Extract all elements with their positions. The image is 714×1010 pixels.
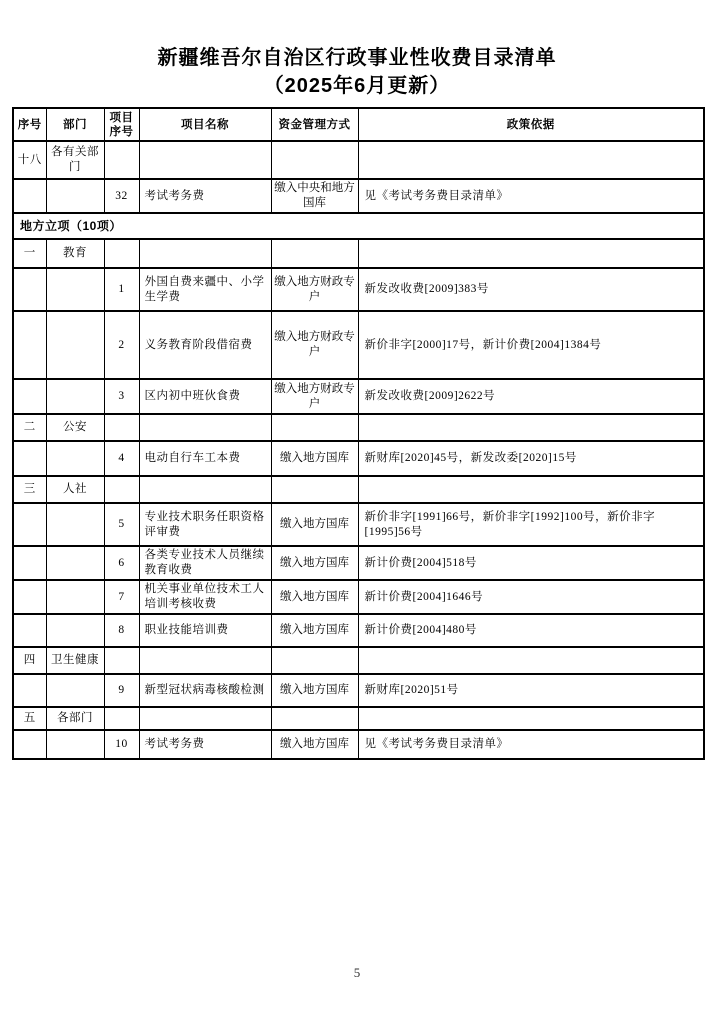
fee-directory-table: 序号 部门 项目序号 项目名称 资金管理方式 政策依据 十八各有关部门32考试考…	[12, 107, 705, 760]
col-header-dept: 部门	[46, 108, 104, 141]
cell-dept	[46, 268, 104, 311]
cell-policy: 新发改收费[2009]2622号	[358, 379, 704, 414]
cell-seq	[13, 179, 46, 213]
cell-dept	[46, 311, 104, 379]
col-header-policy: 政策依据	[358, 108, 704, 141]
cell-policy: 见《考试考务费目录清单》	[358, 179, 704, 213]
col-header-fund: 资金管理方式	[271, 108, 358, 141]
cell-policy: 新价非字[1991]66号，新价非字[1992]100号，新价非字[1995]5…	[358, 503, 704, 546]
cell-fund: 缴入地方国库	[271, 674, 358, 707]
cell-name: 区内初中班伙食费	[139, 379, 271, 414]
cell-num: 10	[104, 730, 139, 759]
cell-num: 32	[104, 179, 139, 213]
cell-name: 考试考务费	[139, 730, 271, 759]
cell-dept	[46, 674, 104, 707]
table-row: 7机关事业单位技术工人培训考核收费缴入地方国库新计价费[2004]1646号	[13, 580, 704, 614]
cell-num: 2	[104, 311, 139, 379]
cell-fund: 缴入中央和地方国库	[271, 179, 358, 213]
document-title: 新疆维吾尔自治区行政事业性收费目录清单 （2025年6月更新）	[0, 44, 714, 100]
cell-num: 7	[104, 580, 139, 614]
cell-policy: 新计价费[2004]518号	[358, 546, 704, 580]
table-row: 五各部门	[13, 707, 704, 730]
cell-name: 专业技术职务任职资格评审费	[139, 503, 271, 546]
cell-seq	[13, 546, 46, 580]
cell-dept	[46, 546, 104, 580]
table-row: 一教育	[13, 239, 704, 268]
cell-dept: 各部门	[46, 707, 104, 730]
cell-num: 4	[104, 441, 139, 476]
cell-num	[104, 239, 139, 268]
cell-num: 9	[104, 674, 139, 707]
cell-name	[139, 647, 271, 674]
cell-dept	[46, 580, 104, 614]
table-row: 二公安	[13, 414, 704, 441]
page-number: 5	[0, 965, 714, 981]
cell-seq: 十八	[13, 141, 46, 179]
cell-seq	[13, 614, 46, 647]
cell-policy: 新财库[2020]45号，新发改委[2020]15号	[358, 441, 704, 476]
cell-fund: 缴入地方国库	[271, 546, 358, 580]
table-row: 4电动自行车工本费缴入地方国库新财库[2020]45号，新发改委[2020]15…	[13, 441, 704, 476]
cell-fund	[271, 239, 358, 268]
cell-num	[104, 707, 139, 730]
table-row: 32考试考务费缴入中央和地方国库见《考试考务费目录清单》	[13, 179, 704, 213]
cell-name: 各类专业技术人员继续教育收费	[139, 546, 271, 580]
table-row: 十八各有关部门	[13, 141, 704, 179]
cell-num	[104, 476, 139, 503]
cell-seq	[13, 311, 46, 379]
cell-name	[139, 239, 271, 268]
table-row: 2义务教育阶段借宿费缴入地方财政专户新价非字[2000]17号，新计价费[200…	[13, 311, 704, 379]
table-row: 四卫生健康	[13, 647, 704, 674]
table-row: 1外国自费来疆中、小学生学费缴入地方财政专户新发改收费[2009]383号	[13, 268, 704, 311]
cell-seq: 四	[13, 647, 46, 674]
table-row: 9新型冠状病毒核酸检测缴入地方国库新财库[2020]51号	[13, 674, 704, 707]
cell-name: 机关事业单位技术工人培训考核收费	[139, 580, 271, 614]
cell-num: 5	[104, 503, 139, 546]
cell-seq: 五	[13, 707, 46, 730]
cell-policy	[358, 141, 704, 179]
cell-policy: 见《考试考务费目录清单》	[358, 730, 704, 759]
cell-fund: 缴入地方财政专户	[271, 268, 358, 311]
section-row: 地方立项（10项）	[13, 213, 704, 239]
cell-dept: 各有关部门	[46, 141, 104, 179]
cell-seq	[13, 268, 46, 311]
cell-policy	[358, 647, 704, 674]
cell-fund	[271, 141, 358, 179]
cell-policy	[358, 707, 704, 730]
cell-name: 外国自费来疆中、小学生学费	[139, 268, 271, 311]
cell-num: 1	[104, 268, 139, 311]
cell-seq: 二	[13, 414, 46, 441]
cell-dept: 教育	[46, 239, 104, 268]
cell-name: 电动自行车工本费	[139, 441, 271, 476]
cell-policy: 新价非字[2000]17号，新计价费[2004]1384号	[358, 311, 704, 379]
cell-seq: 三	[13, 476, 46, 503]
cell-policy	[358, 414, 704, 441]
cell-fund	[271, 476, 358, 503]
cell-dept	[46, 730, 104, 759]
cell-seq	[13, 503, 46, 546]
cell-seq: 一	[13, 239, 46, 268]
cell-fund	[271, 647, 358, 674]
col-header-seq: 序号	[13, 108, 46, 141]
cell-policy: 新计价费[2004]480号	[358, 614, 704, 647]
cell-policy: 新计价费[2004]1646号	[358, 580, 704, 614]
cell-num	[104, 647, 139, 674]
cell-num: 8	[104, 614, 139, 647]
col-header-name: 项目名称	[139, 108, 271, 141]
cell-name	[139, 707, 271, 730]
cell-policy: 新财库[2020]51号	[358, 674, 704, 707]
cell-name: 考试考务费	[139, 179, 271, 213]
table-row: 三人社	[13, 476, 704, 503]
cell-name: 职业技能培训费	[139, 614, 271, 647]
table-row: 8职业技能培训费缴入地方国库新计价费[2004]480号	[13, 614, 704, 647]
cell-fund: 缴入地方国库	[271, 730, 358, 759]
cell-fund: 缴入地方国库	[271, 441, 358, 476]
table-row: 3区内初中班伙食费缴入地方财政专户新发改收费[2009]2622号	[13, 379, 704, 414]
col-header-num: 项目序号	[104, 108, 139, 141]
cell-policy: 新发改收费[2009]383号	[358, 268, 704, 311]
cell-num: 6	[104, 546, 139, 580]
cell-dept: 卫生健康	[46, 647, 104, 674]
cell-num	[104, 141, 139, 179]
cell-name: 义务教育阶段借宿费	[139, 311, 271, 379]
cell-name	[139, 476, 271, 503]
cell-fund: 缴入地方国库	[271, 503, 358, 546]
cell-fund: 缴入地方国库	[271, 580, 358, 614]
cell-num	[104, 414, 139, 441]
table-row: 10考试考务费缴入地方国库见《考试考务费目录清单》	[13, 730, 704, 759]
cell-name	[139, 414, 271, 441]
cell-seq	[13, 580, 46, 614]
cell-num: 3	[104, 379, 139, 414]
cell-name: 新型冠状病毒核酸检测	[139, 674, 271, 707]
cell-dept	[46, 441, 104, 476]
title-line-1: 新疆维吾尔自治区行政事业性收费目录清单	[0, 44, 714, 72]
header-row: 序号 部门 项目序号 项目名称 资金管理方式 政策依据	[13, 108, 704, 141]
cell-name	[139, 141, 271, 179]
cell-policy	[358, 476, 704, 503]
table-row: 6各类专业技术人员继续教育收费缴入地方国库新计价费[2004]518号	[13, 546, 704, 580]
cell-policy	[358, 239, 704, 268]
cell-fund	[271, 707, 358, 730]
cell-dept: 人社	[46, 476, 104, 503]
cell-dept	[46, 379, 104, 414]
cell-seq	[13, 379, 46, 414]
cell-fund: 缴入地方财政专户	[271, 379, 358, 414]
cell-fund: 缴入地方国库	[271, 614, 358, 647]
cell-dept	[46, 614, 104, 647]
title-line-2: （2025年6月更新）	[0, 72, 714, 100]
table-body: 十八各有关部门32考试考务费缴入中央和地方国库见《考试考务费目录清单》地方立项（…	[13, 141, 704, 759]
cell-dept: 公安	[46, 414, 104, 441]
cell-fund	[271, 414, 358, 441]
cell-seq	[13, 441, 46, 476]
cell-fund: 缴入地方财政专户	[271, 311, 358, 379]
cell-dept	[46, 179, 104, 213]
cell-seq	[13, 674, 46, 707]
document-page: 新疆维吾尔自治区行政事业性收费目录清单 （2025年6月更新） 序号 部门 项目…	[0, 0, 714, 1010]
cell-seq	[13, 730, 46, 759]
section-label: 地方立项（10项）	[13, 213, 704, 239]
table-row: 5专业技术职务任职资格评审费缴入地方国库新价非字[1991]66号，新价非字[1…	[13, 503, 704, 546]
cell-dept	[46, 503, 104, 546]
